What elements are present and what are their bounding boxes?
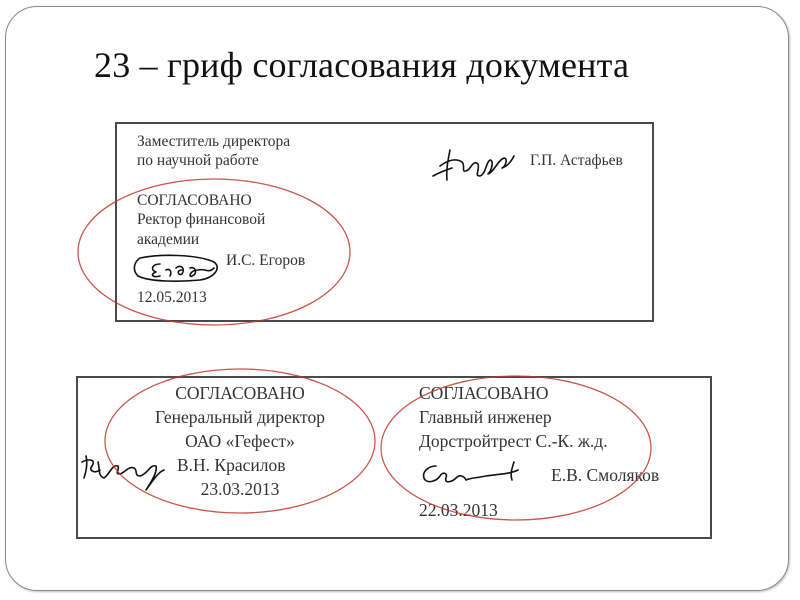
- stamp-position-1a: Ректор финансовой: [137, 210, 265, 230]
- stamp-date-2: 23.03.2013: [130, 478, 350, 500]
- stamp-heading-2: СОГЛАСОВАНО: [130, 382, 350, 404]
- stamp-organization-2: ОАО «Гефест»: [130, 430, 350, 452]
- stamp-date-3: 22.03.2013: [419, 499, 498, 521]
- stamp-heading-1: СОГЛАСОВАНО: [137, 191, 252, 211]
- stamp-name-2: В.Н. Красилов: [177, 454, 286, 476]
- approver-name: Г.П. Астафьев: [530, 151, 623, 171]
- approver-position-line2: по научной работе: [137, 151, 259, 171]
- stamp-position-2: Генеральный директор: [130, 406, 350, 428]
- stamp-heading-3: СОГЛАСОВАНО: [419, 382, 549, 404]
- stamp-position-3: Главный инженер: [419, 406, 552, 428]
- stamp-name-1: И.С. Егоров: [226, 251, 305, 271]
- stamp-organization-3: Дорстройтрест С.-К. ж.д.: [419, 430, 608, 452]
- stamp-date-1: 12.05.2013: [137, 288, 207, 308]
- slide-title: 23 – гриф согласования документа: [94, 43, 754, 87]
- stamp-name-3: Е.В. Смоляков: [551, 464, 659, 486]
- stamp-position-1b: академии: [137, 230, 199, 250]
- approver-position-line1: Заместитель директора: [137, 132, 290, 152]
